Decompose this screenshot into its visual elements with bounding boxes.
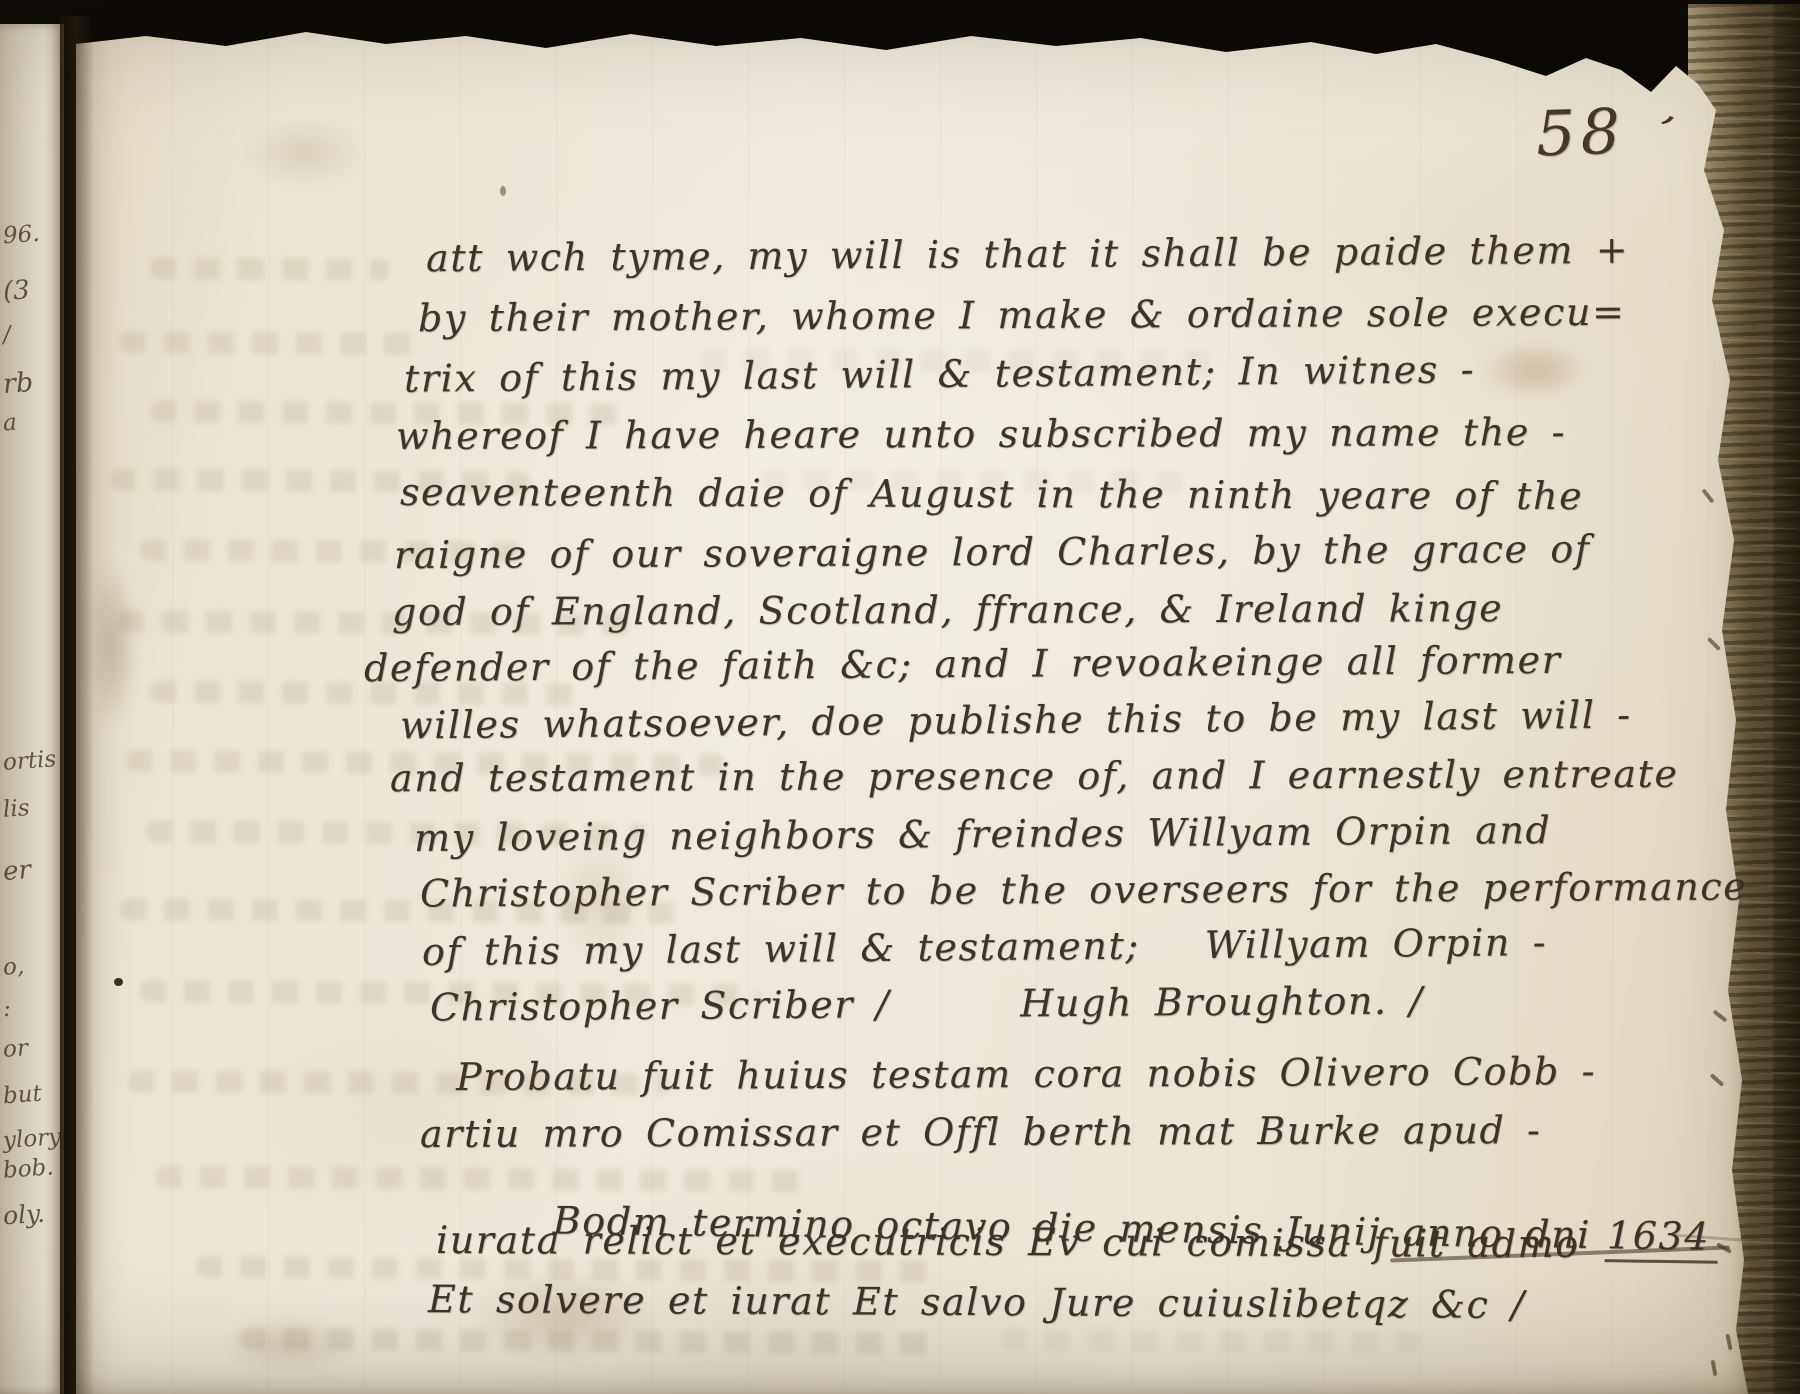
- probate-text-line: Probatu fuit huius testam cora nobis Oli…: [456, 1049, 1596, 1099]
- page-number: 58: [1535, 94, 1626, 170]
- manuscript-photo: 96. (3 / rb a ortis lis er o, : or but y…: [0, 0, 1800, 1394]
- will-text-line: Christopher Scriber / Hugh Broughton. /: [430, 979, 1424, 1030]
- facing-page-fragment: oly.: [2, 1199, 46, 1231]
- will-text-line: by their mother, whome I make & ordaine …: [418, 290, 1626, 340]
- will-text-line: raigne of our soveraigne lord Charles, b…: [394, 527, 1591, 577]
- facing-page-fragment: :: [2, 996, 12, 1022]
- will-text-line: defender of the faith &c; and I revoakei…: [364, 638, 1562, 690]
- facing-page-fragment: ylory: [2, 1124, 62, 1154]
- will-text-line: Christopher Scriber to be the overseers …: [420, 865, 1748, 916]
- probate-text-line: artiu mro Comissar et Offl berth mat Bur…: [420, 1108, 1542, 1156]
- facing-page-sliver: 96. (3 / rb a ortis lis er o, : or but y…: [0, 24, 64, 1394]
- facing-page-fragment: ortis: [2, 746, 57, 776]
- facing-page-fragment: lis: [2, 795, 30, 823]
- will-text-line: seaventeenth daie of August in the ninth…: [400, 470, 1583, 518]
- probate-text-line: Et solvere et iurat Et salvo Jure cuiusl…: [428, 1277, 1526, 1327]
- facing-page-fragment: rb: [2, 367, 34, 400]
- facing-page-fragment: 96.: [2, 221, 40, 249]
- will-text-line: trix of this my last will & testament; I…: [404, 347, 1475, 400]
- facing-page-fragment: a: [2, 410, 17, 437]
- will-text-line: whereof I have heare unto subscribed my …: [396, 410, 1566, 458]
- will-text-line: god of England, Scotland, ffrance, & Ire…: [392, 586, 1503, 634]
- facing-page-fragment: o,: [2, 953, 25, 980]
- facing-page-fragment: er: [2, 855, 32, 887]
- will-text-line: my loveing neighbors & freindes Willyam …: [414, 808, 1552, 860]
- will-text-line: att wch tyme, my will is that it shall b…: [426, 228, 1629, 280]
- facing-page-fragment: /: [2, 322, 12, 348]
- facing-page-fragment: (3: [2, 275, 31, 307]
- facing-page-fragment: but: [2, 1081, 43, 1110]
- ink-dot: [114, 978, 123, 986]
- will-text-line: and testament in the presence of, and I …: [390, 752, 1679, 800]
- facing-page-fragment: bob.: [2, 1154, 54, 1183]
- ink-dot: [500, 186, 506, 196]
- facing-page-fragment: or: [2, 1035, 29, 1063]
